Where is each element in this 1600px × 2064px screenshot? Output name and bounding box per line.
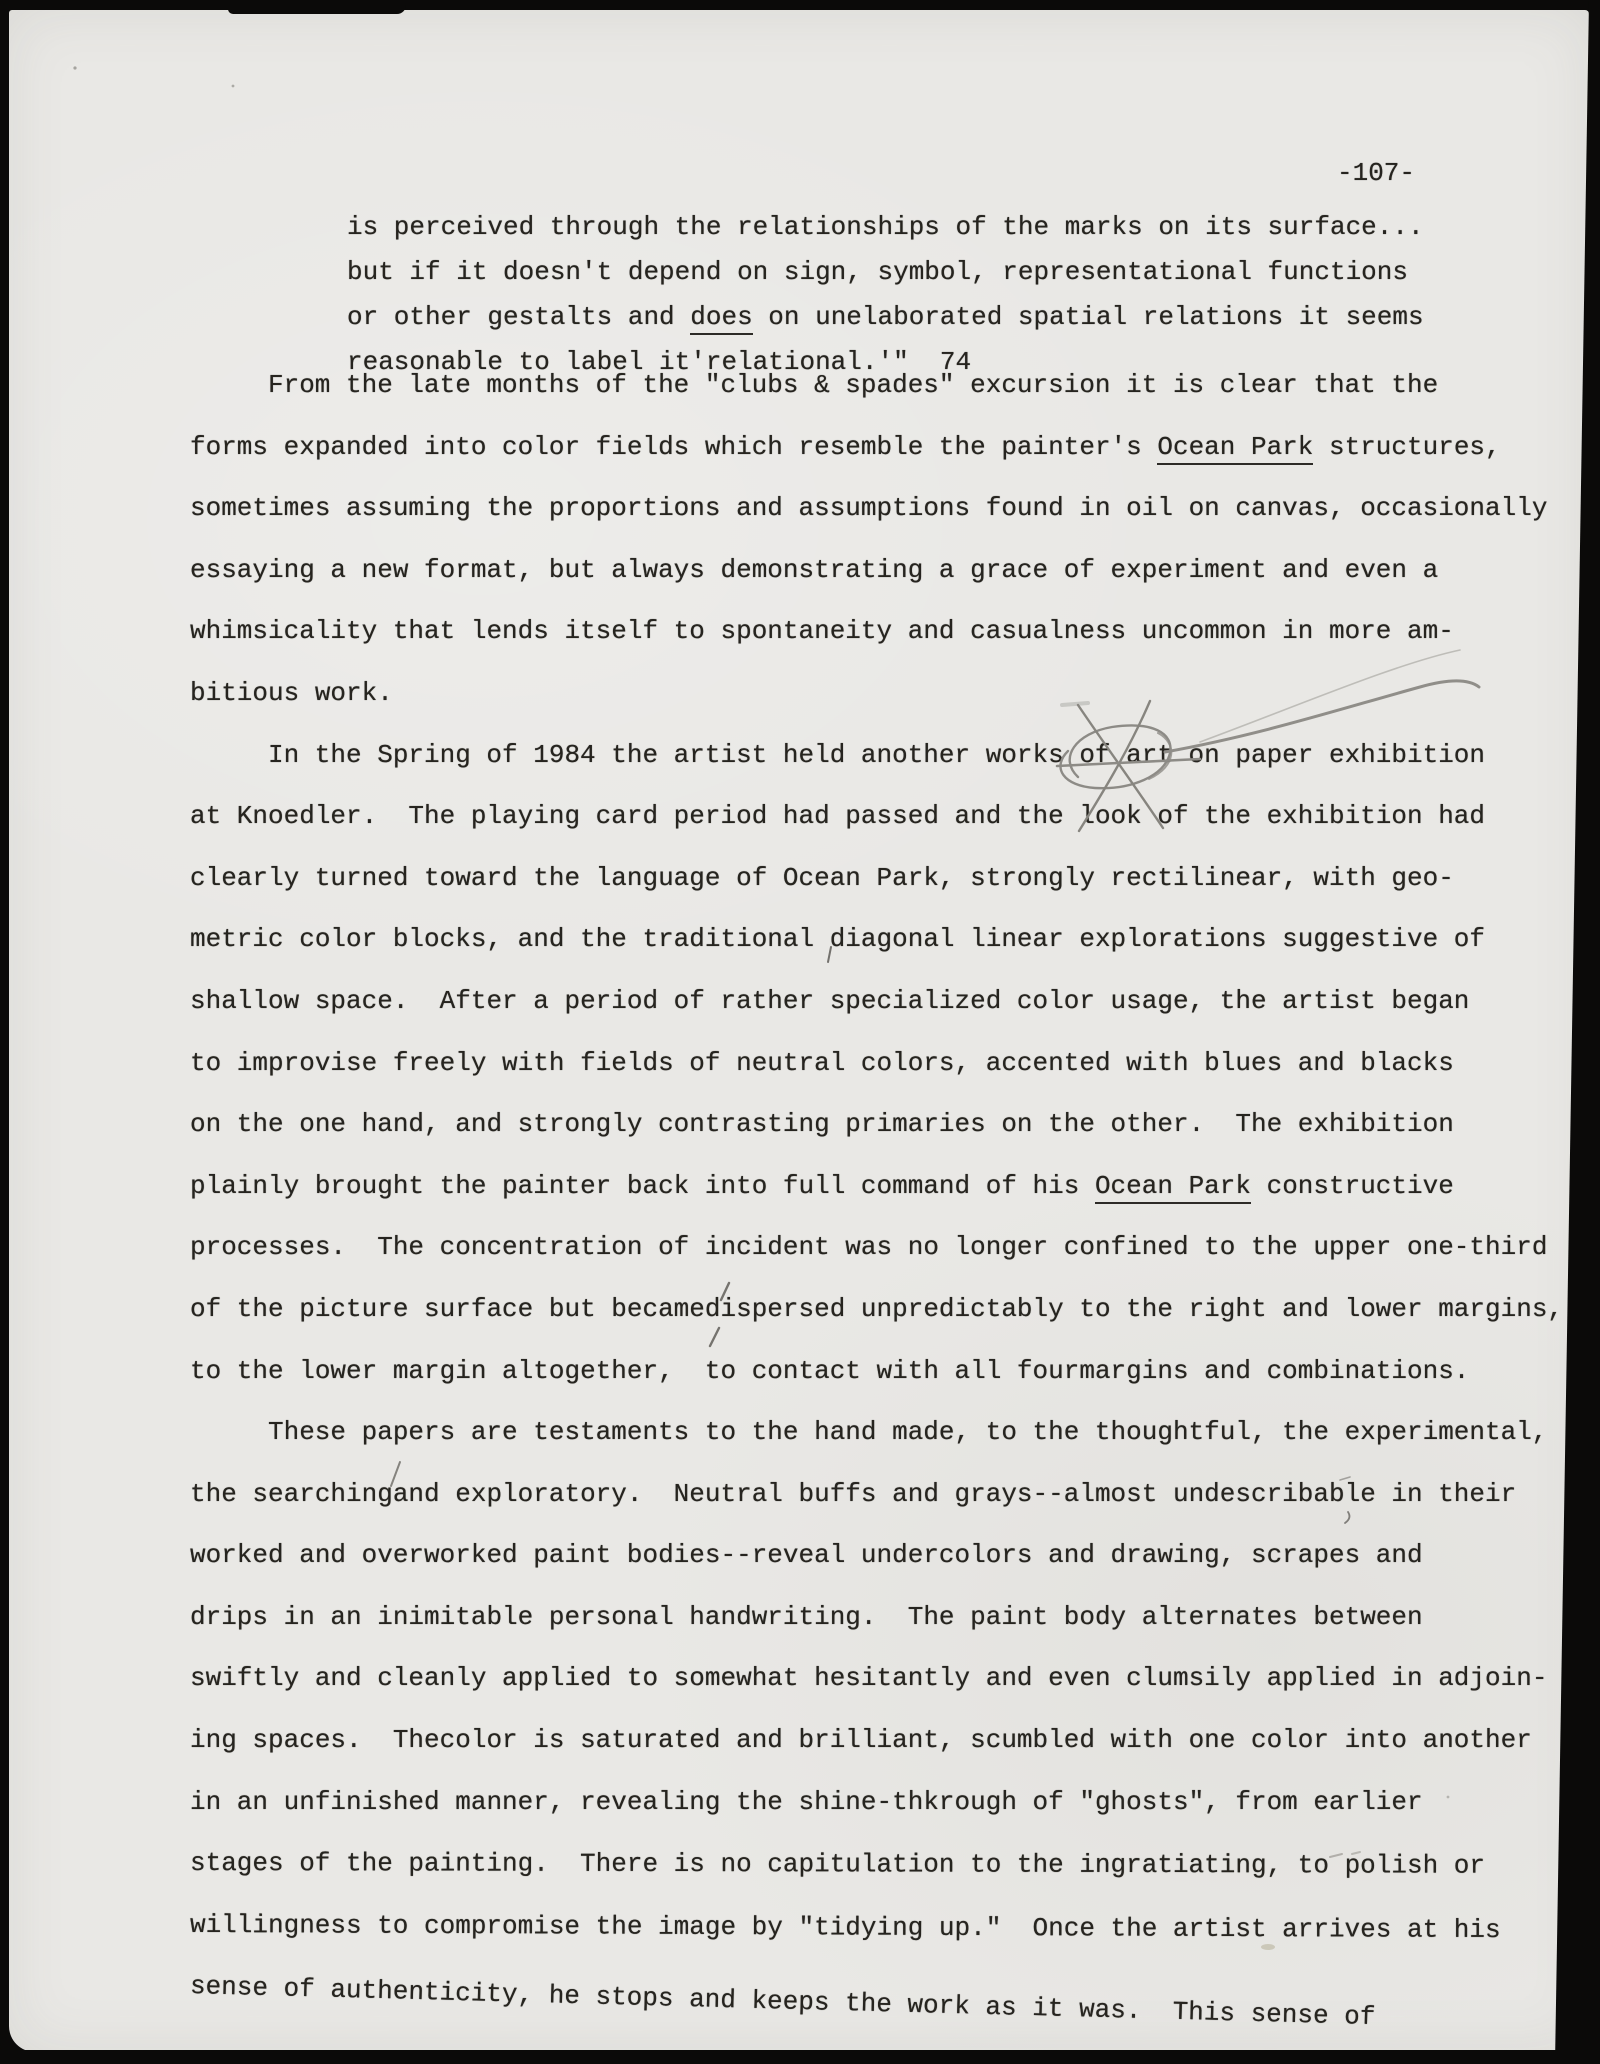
text-line: drips in an inimitable personal handwrit… [190,1587,1590,1649]
underlined-text: Ocean Park [1095,1171,1251,1204]
text-segment: structures, [1313,432,1500,462]
text-segment: or other gestalts and [347,302,690,332]
text-line: but if it doesn't depend on sign, symbol… [347,250,1424,295]
text-segment: In the Spring of 1984 the artist held an… [268,740,1485,770]
text-line: in an unfinished manner, revealing the s… [190,1772,1590,1834]
text-line: at Knoedler. The playing card period had… [190,786,1590,848]
text-line: shallow space. After a period of rather … [190,971,1590,1033]
text-segment: to improvise freely with fields of neutr… [190,1048,1454,1078]
scan-bottom-border [0,2050,1600,2064]
text-line: willingness to compromise the image by "… [190,1895,1590,1962]
text-segment: worked and overworked paint bodies--reve… [190,1540,1423,1570]
text-segment: bitious work. [190,678,393,708]
text-line: to the lower margin altogether, to conta… [190,1341,1590,1403]
text-segment: metric color blocks, and the traditional… [190,924,1485,954]
text-segment: the searchingand exploratory. Neutral bu… [190,1479,1516,1509]
text-line: essaying a new format, but always demons… [190,540,1590,602]
text-segment: ing spaces. Thecolor is saturated and br… [190,1725,1532,1755]
text-segment: shallow space. After a period of rather … [190,986,1469,1016]
text-line: processes. The concentration of incident… [190,1217,1590,1279]
text-line: bitious work. [190,663,1590,725]
text-line: forms expanded into color fields which r… [190,417,1590,479]
text-line: These papers are testaments to the hand … [190,1402,1590,1464]
text-segment: but if it doesn't depend on sign, symbol… [347,257,1408,287]
text-line: metric color blocks, and the traditional… [190,909,1590,971]
text-segment: on the one hand, and strongly contrastin… [190,1109,1454,1139]
text-line: sometimes assuming the proportions and a… [190,478,1590,540]
text-line: swiftly and cleanly applied to somewhat … [190,1648,1590,1710]
text-segment: sometimes assuming the proportions and a… [190,493,1547,523]
text-segment: From the late months of the "clubs & spa… [268,370,1438,400]
body-text: From the late months of the "clubs & spa… [190,355,1590,2018]
text-line: on the one hand, and strongly contrastin… [190,1094,1590,1156]
text-segment: drips in an inimitable personal handwrit… [190,1602,1423,1632]
text-segment: These papers are testaments to the hand … [268,1417,1547,1447]
text-segment: to the lower margin altogether, to conta… [190,1356,1469,1386]
text-line: From the late months of the "clubs & spa… [190,355,1590,417]
text-segment: willingness to compromise the image by "… [190,1910,1501,1945]
text-segment: at Knoedler. The playing card period had… [190,801,1485,831]
text-line: or other gestalts and does on unelaborat… [347,295,1424,340]
text-line: of the picture surface but becamedispers… [190,1279,1590,1341]
film-tear-notch [228,0,406,14]
text-segment: stages of the painting. There is no capi… [190,1848,1485,1881]
text-segment: processes. The concentration of incident… [190,1232,1547,1262]
text-line: ing spaces. Thecolor is saturated and br… [190,1710,1590,1772]
text-segment: essaying a new format, but always demons… [190,555,1438,585]
scanned-page: -107- is perceived through the relations… [0,0,1600,2064]
text-line: is perceived through the relationships o… [347,205,1424,250]
text-line: worked and overworked paint bodies--reve… [190,1525,1590,1587]
text-segment: clearly turned toward the language of Oc… [190,863,1454,893]
underlined-text: does [690,302,752,335]
text-line: to improvise freely with fields of neutr… [190,1033,1590,1095]
text-segment: on unelaborated spatial relations it see… [753,302,1424,332]
text-segment: plainly brought the painter back into fu… [190,1171,1095,1201]
text-line: the searchingand exploratory. Neutral bu… [190,1464,1590,1526]
text-segment: swiftly and cleanly applied to somewhat … [190,1663,1547,1693]
text-segment: constructive [1251,1171,1454,1201]
text-segment: of the picture surface but becamedispers… [190,1294,1563,1324]
text-line: plainly brought the painter back into fu… [190,1156,1590,1218]
text-line: stages of the painting. There is no capi… [190,1833,1590,1898]
text-line: whimsicality that lends itself to sponta… [190,601,1590,663]
page-number: -107- [1337,158,1415,188]
text-segment: is perceived through the relationships o… [347,212,1424,242]
text-line: clearly turned toward the language of Oc… [190,848,1590,910]
text-segment: forms expanded into color fields which r… [190,432,1157,462]
text-segment: in an unfinished manner, revealing the s… [190,1787,1423,1817]
text-segment: whimsicality that lends itself to sponta… [190,616,1454,646]
text-line: In the Spring of 1984 the artist held an… [190,725,1590,787]
underlined-text: Ocean Park [1157,432,1313,465]
